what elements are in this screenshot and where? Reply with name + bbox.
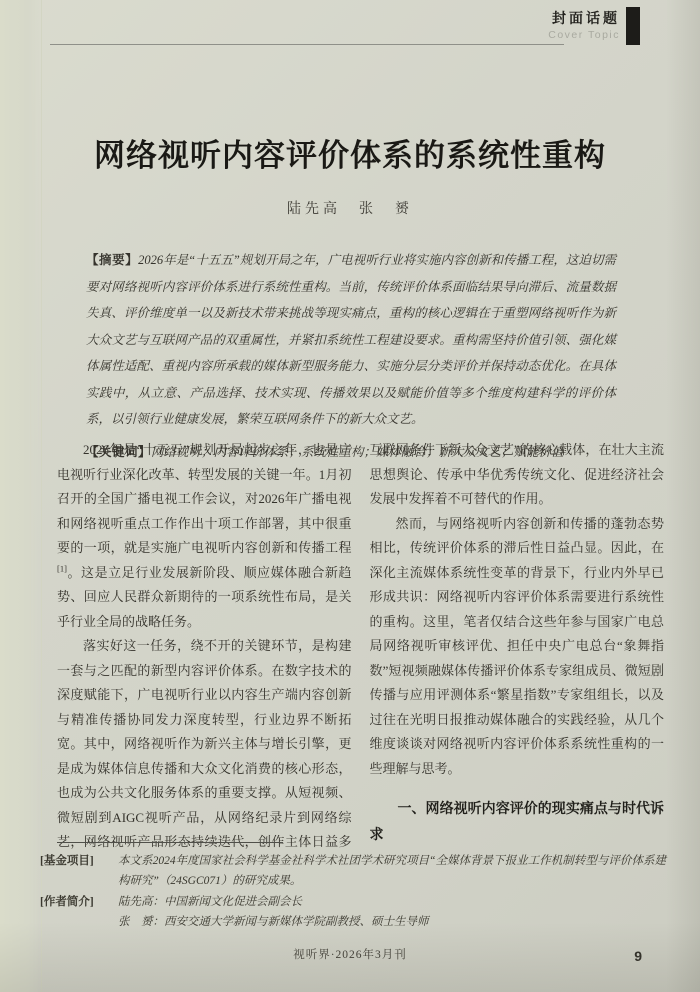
- right-paragraph-1: 互联网条件下新大众文艺”的核心载体，在壮大主流思想舆论、传承中华优秀传统文化、促…: [370, 438, 665, 512]
- fund-project-label: [基金项目]: [40, 852, 94, 872]
- section-heading-1: 一、网络视听内容评价的现实痛点与时代诉求: [370, 795, 665, 847]
- author-bio-line-1: 陆先高：中国新闻文化促进会副会长: [118, 893, 666, 913]
- footnote-divider: [57, 842, 283, 843]
- abstract-block: 【摘要】2026年是“十五五”规划开局之年，广电视听行业将实施内容创新和传播工程…: [86, 247, 616, 465]
- page-right-shading: [666, 0, 700, 992]
- left-paragraph-2: 落实好这一任务，绕不开的关键环节，是构建一套与之匹配的新型内容评价体系。在数字技…: [57, 634, 352, 850]
- page-bottom-shading: [0, 922, 700, 992]
- citation-ref-1: [1]: [57, 563, 67, 573]
- fund-project-text: 本文系2024年度国家社会科学基金社科学术社团学术研究项目“全媒体背景下报业工作…: [118, 855, 666, 887]
- magazine-page: 封面话题 Cover Topic 网络视听内容评价体系的系统性重构 陆先高 张 …: [0, 0, 700, 992]
- left-paragraph-1: 2026年是“十五五”规划开局起步之年，也是广电视听行业深化改革、转型发展的关键…: [57, 438, 352, 634]
- page-left-edge-shading: [0, 0, 42, 992]
- cover-topic-black-bar: [626, 7, 640, 45]
- body-columns: 2026年是“十五五”规划开局起步之年，也是广电视听行业深化改革、转型发展的关键…: [57, 438, 664, 850]
- left-paragraph-1-text-b: 。这是立足行业发展新阶段、顺应媒体融合新趋势、回应人民群众新期待的一项系统性布局…: [57, 565, 352, 629]
- article-title: 网络视听内容评价体系的系统性重构: [40, 130, 660, 175]
- cover-topic-label-en: Cover Topic: [548, 29, 620, 41]
- cover-topic-label-cn: 封面话题: [548, 8, 620, 28]
- fund-project-note: [基金项目] 本文系2024年度国家社会科学基金社科学术社团学术研究项目“全媒体…: [40, 852, 666, 891]
- author-names: 陆先高 张 赟: [0, 198, 700, 218]
- header-rule: [50, 44, 564, 45]
- right-column: 互联网条件下新大众文艺”的核心载体，在壮大主流思想舆论、传承中华优秀传统文化、促…: [370, 438, 665, 850]
- abstract-label: 【摘要】: [86, 253, 138, 267]
- author-bio-label: [作者简介]: [40, 893, 94, 913]
- abstract-paragraph: 【摘要】2026年是“十五五”规划开局之年，广电视听行业将实施内容创新和传播工程…: [86, 247, 616, 433]
- cover-topic-tag: 封面话题 Cover Topic: [548, 8, 620, 41]
- left-column: 2026年是“十五五”规划开局起步之年，也是广电视听行业深化改革、转型发展的关键…: [57, 438, 352, 850]
- right-paragraph-2: 然而，与网络视听内容创新和传播的蓬勃态势相比，传统评价体系的滞后性日益凸显。因此…: [370, 512, 665, 782]
- left-paragraph-1-text-a: 2026年是“十五五”规划开局起步之年，也是广电视听行业深化改革、转型发展的关键…: [57, 442, 352, 555]
- abstract-text: 2026年是“十五五”规划开局之年，广电视听行业将实施内容创新和传播工程，这迫切…: [86, 253, 616, 426]
